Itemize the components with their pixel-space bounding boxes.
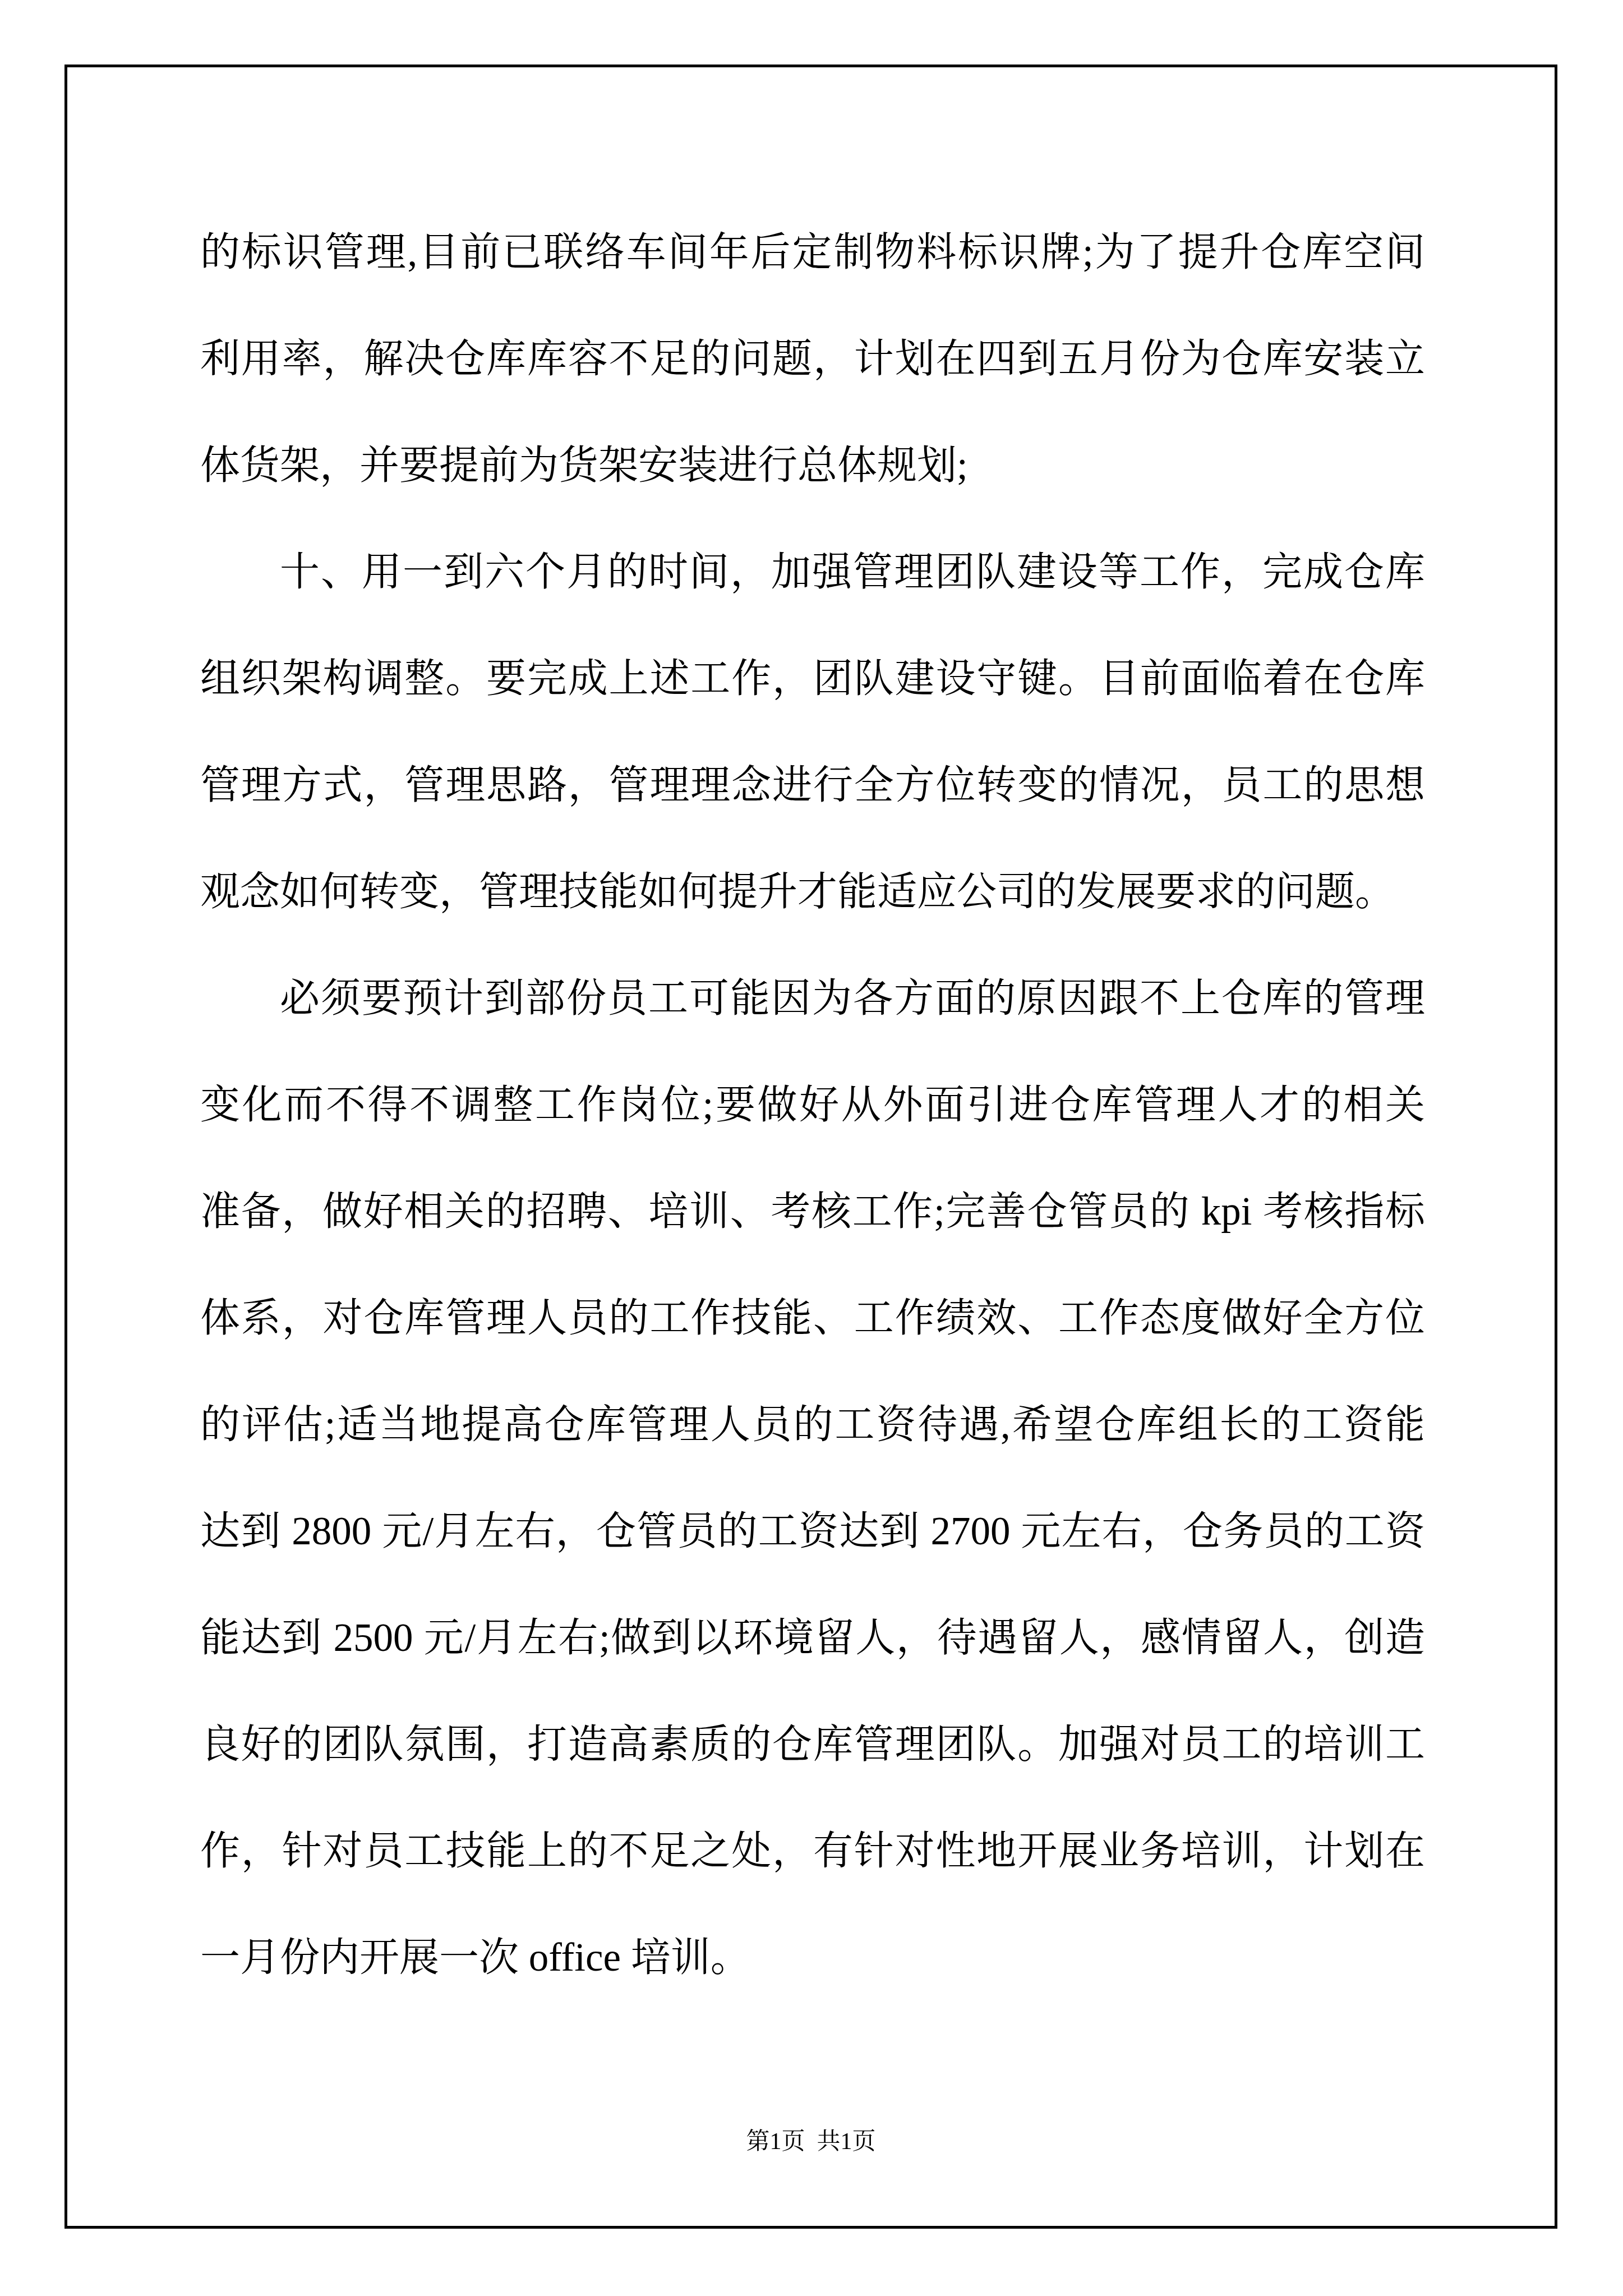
text-line: 十、用一到六个月的时间，加强管理团队建设等工作，完成仓库 [200,519,1425,625]
text-line: 体货架，并要提前为货架安装进行总体规划; [200,412,1425,519]
text-line: 变化而不得不调整工作岗位;要做好从外面引进仓库管理人才的相关 [200,1052,1425,1158]
text-line: 观念如何转变，管理技能如何提升才能适应公司的发展要求的问题。 [200,839,1425,945]
text-line: 一月份内开展一次 office 培训。 [200,1904,1425,2011]
text-line: 的评估;适当地提高仓库管理人员的工资待遇,希望仓库组长的工资能 [200,1372,1425,1478]
text-line: 能达到 2500 元/月左右;做到以环境留人，待遇留人，感情留人，创造 [200,1585,1425,1691]
text-line: 组织架构调整。要完成上述工作，团队建设守键。目前面临着在仓库 [200,625,1425,732]
text-line: 利用率，解决仓库库容不足的问题，计划在四到五月份为仓库安装立 [200,306,1425,412]
document-body: 的标识管理,目前已联络车间年后定制物料标识牌;为了提升仓库空间利用率，解决仓库库… [200,199,1425,2011]
text-line: 良好的团队氛围，打造高素质的仓库管理团队。加强对员工的培训工 [200,1691,1425,1798]
page-number-footer: 第1页 共1页 [64,2125,1557,2159]
text-line: 的标识管理,目前已联络车间年后定制物料标识牌;为了提升仓库空间 [200,199,1425,306]
text-line: 准备，做好相关的招聘、培训、考核工作;完善仓管员的 kpi 考核指标 [200,1158,1425,1265]
text-line: 作，针对员工技能上的不足之处，有针对性地开展业务培训，计划在 [200,1798,1425,1904]
text-line: 体系，对仓库管理人员的工作技能、工作绩效、工作态度做好全方位 [200,1265,1425,1372]
text-line: 管理方式，管理思路，管理理念进行全方位转变的情况，员工的思想 [200,732,1425,839]
text-line: 达到 2800 元/月左右，仓管员的工资达到 2700 元左右，仓务员的工资 [200,1478,1425,1585]
document-page: { "page": { "background_color": "#ffffff… [0,0,1623,2296]
text-line: 必须要预计到部份员工可能因为各方面的原因跟不上仓库的管理 [200,945,1425,1052]
